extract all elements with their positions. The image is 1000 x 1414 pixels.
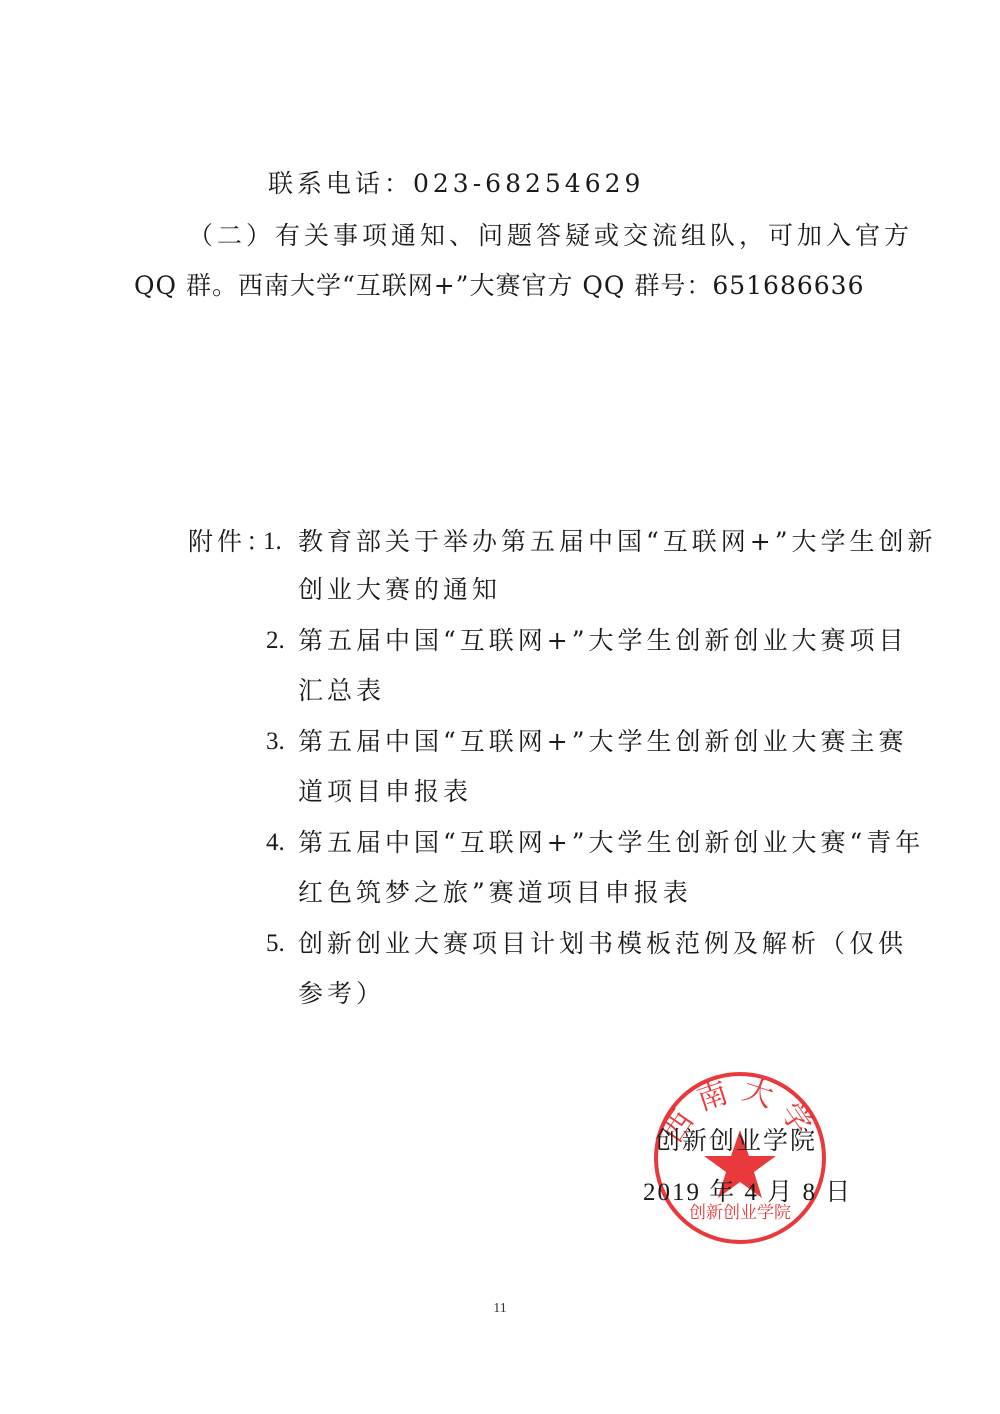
attachment-3-line2: 道项目申报表 [298,776,472,808]
attachment-4-line1: 第五届中国“互联网+”大学生创新创业大赛“青年 [298,827,924,859]
attachment-3-num: 3. [266,726,285,758]
section-two-line1: （二）有关事项通知、问题答疑或交流组队，可加入官方 [188,220,913,252]
attachment-1-line2: 创业大赛的通知 [298,574,501,606]
attachment-4-num: 4. [266,827,285,859]
page-number: 11 [0,1301,1000,1317]
attachment-2-line1: 第五届中国“互联网+”大学生创新创业大赛项目 [298,625,908,657]
official-seal-icon: 西南大学 创新创业学院 [650,1068,830,1248]
attachment-1-line1: 教育部关于举办第五届中国“互联网+”大学生创新 [298,526,937,558]
attachment-3-line1: 第五届中国“互联网+”大学生创新创业大赛主赛 [298,726,908,758]
attachments-label: 附件： [188,526,275,558]
section-two-line2: QQ 群。西南大学“互联网+”大赛官方 QQ 群号：651686636 [134,270,865,302]
attachment-2-num: 2. [266,625,285,657]
signature-date: 2019 年 4 月 8 日 [643,1177,852,1209]
attachment-2-line2: 汇总表 [298,675,385,707]
attachment-5-num: 5. [266,928,285,960]
attachment-1-num: 1. [263,526,282,558]
attachment-5-line1: 创新创业大赛项目计划书模板范例及解析（仅供 [298,928,907,960]
signature-org: 创新创业学院 [655,1125,817,1157]
attachment-5-line2: 参考） [298,978,385,1010]
attachment-4-line2: 红色筑梦之旅”赛道项目申报表 [298,877,692,909]
contact-phone: 联系电话：023-68254629 [268,168,644,200]
